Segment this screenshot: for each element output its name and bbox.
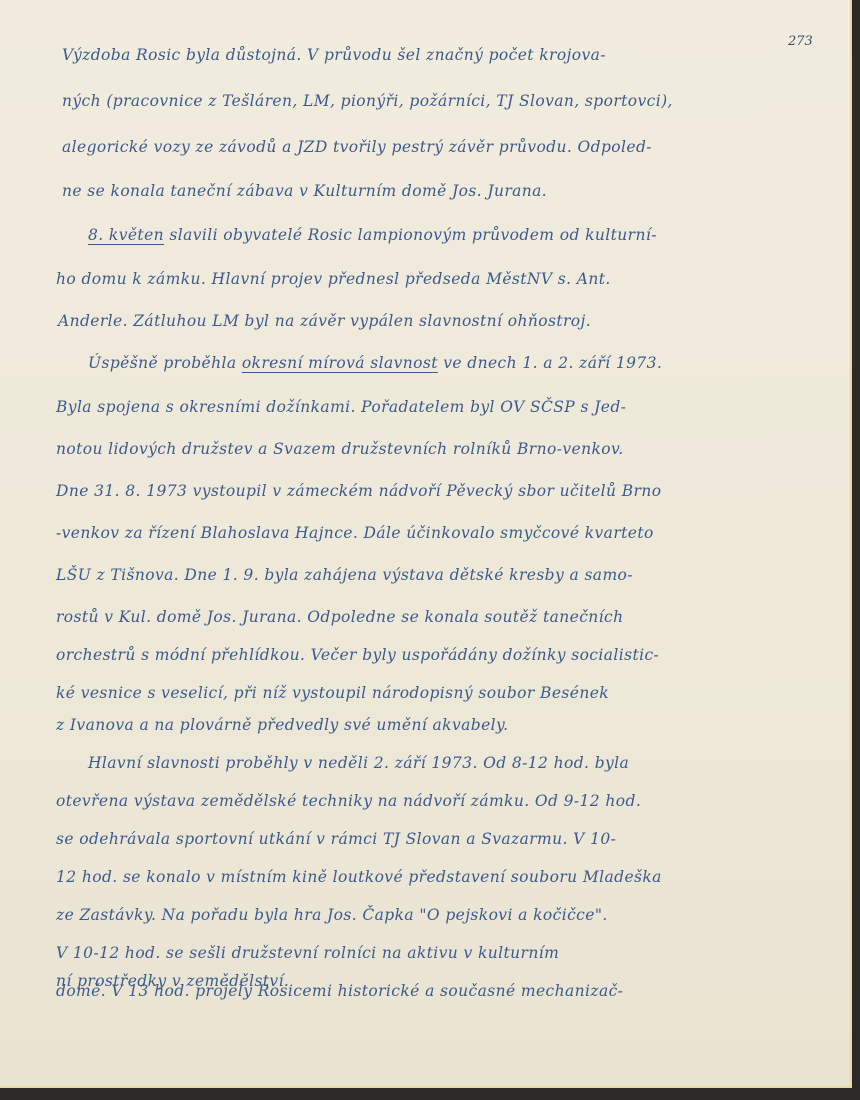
text-line: -venkov za řízení Blahoslava Hajnce. Dál… — [56, 524, 654, 542]
text-line: 12 hod. se konalo v místním kině loutkov… — [56, 868, 662, 886]
page-number: 273 — [788, 34, 813, 49]
text-line: 8. květen slavili obyvatelé Rosic lampio… — [88, 226, 657, 244]
text-line: LŠU z Tišnova. Dne 1. 9. byla zahájena v… — [56, 566, 633, 584]
text-line: ní prostředky v zemědělství. — [56, 972, 289, 990]
text-line: Byla spojena s okresními dožínkami. Pořa… — [56, 398, 626, 416]
text-line: z Ivanova a na plovárně předvedly své um… — [56, 716, 508, 734]
text-line: se odehrávala sportovní utkání v rámci T… — [56, 830, 616, 848]
text-line: Anderle. Zátluhou LM byl na závěr vypále… — [58, 312, 591, 330]
text-line: ho domu k zámku. Hlavní projev přednesl … — [56, 270, 611, 288]
text-line: ných (pracovnice z Tešláren, LM, pionýři… — [62, 92, 673, 110]
text-line: rostů v Kul. domě Jos. Jurana. Odpoledne… — [56, 608, 624, 626]
text-line: orchestrů s módní přehlídkou. Večer byly… — [56, 646, 659, 664]
text-line: ké vesnice s veselicí, při níž vystoupil… — [56, 684, 609, 702]
text-line: alegorické vozy ze závodů a JZD tvořily … — [62, 138, 652, 156]
text-line: notou lidových družstev a Svazem družste… — [56, 440, 624, 458]
underlined-phrase: okresní mírová slavnost — [242, 354, 438, 372]
text-line: otevřena výstava zemědělské techniky na … — [56, 792, 641, 810]
text-line: ze Zastávky. Na pořadu byla hra Jos. Čap… — [56, 906, 608, 924]
text-line: Hlavní slavnosti proběhly v neděli 2. zá… — [88, 754, 629, 772]
text-line: Výzdoba Rosic byla důstojná. V průvodu š… — [62, 46, 606, 64]
text-line: V 10-12 hod. se sešli družstevní rolníci… — [56, 944, 559, 962]
underlined-phrase: 8. květen — [88, 226, 164, 244]
text-line: ne se konala taneční zábava v Kulturním … — [62, 182, 547, 200]
text-line: Úspěšně proběhla okresní mírová slavnost… — [88, 354, 662, 372]
notebook-page: 273 Výzdoba Rosic byla důstojná. V průvo… — [0, 0, 852, 1088]
text-line: Dne 31. 8. 1973 vystoupil v zámeckém nád… — [56, 482, 661, 500]
